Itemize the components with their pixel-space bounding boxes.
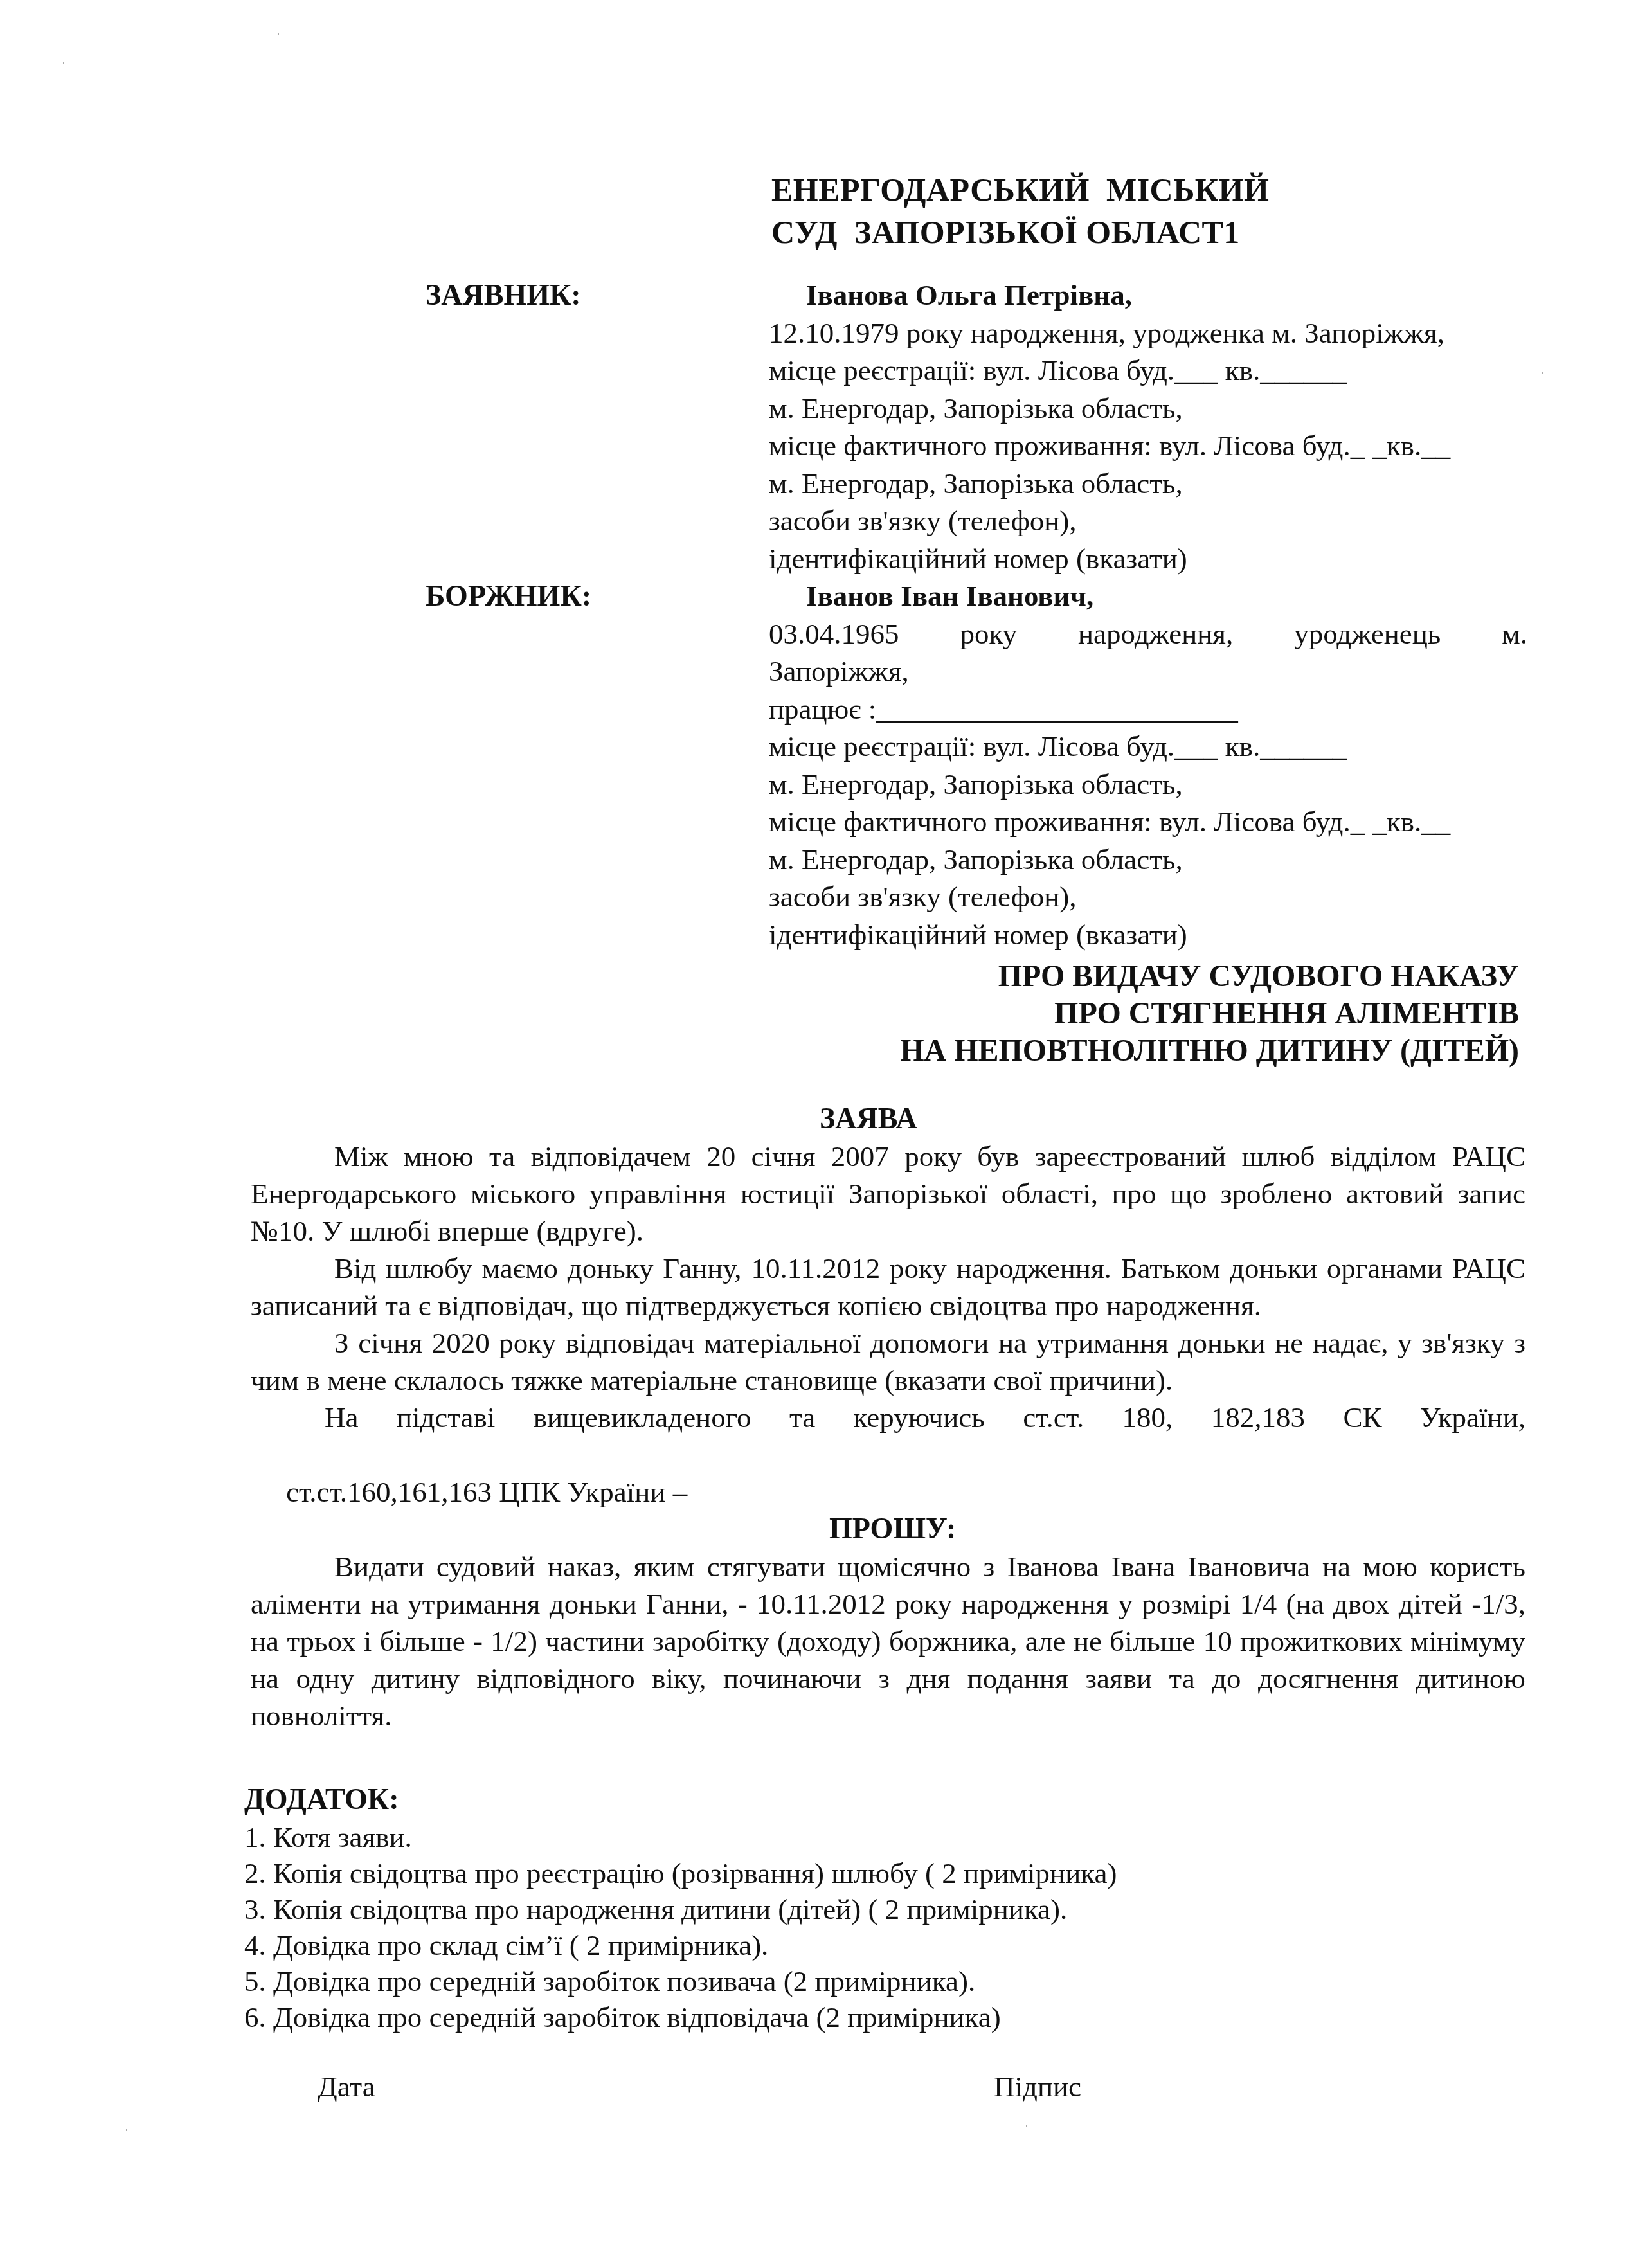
applicant-detail-line: м. Енергодар, Запорізька область, (769, 390, 1527, 428)
legal-basis-line-1: На підставі вищевикладеного та керуючись… (251, 1399, 1525, 1436)
attachment-item: 6. Довідка про середній заробіток відпов… (244, 1999, 1117, 2035)
request-heading: ПРОШУ: (829, 1511, 956, 1547)
statement-heading: ЗАЯВА (820, 1101, 917, 1137)
debtor-detail-line: місце фактичного проживання: вул. Лісова… (769, 803, 1527, 841)
statement-paragraph: Від шлюбу маємо доньку Ганну, 10.11.2012… (251, 1250, 1525, 1324)
debtor-detail-line: ідентифікаційний номер (вказати) (769, 916, 1527, 954)
legal-basis-line-2: ст.ст.160,161,163 ЦПК України – (286, 1473, 687, 1511)
request-paragraph: Видати судовий наказ, яким стягувати щом… (251, 1548, 1525, 1734)
applicant-label: ЗАЯВНИК: (426, 276, 581, 314)
scan-speck (63, 62, 64, 64)
debtor-name: Іванов Іван Іванович, (769, 577, 1527, 615)
debtor-label: БОРЖНИК: (426, 577, 591, 615)
debtor-detail-line: Запоріжжя, (769, 652, 1527, 690)
scan-speck (278, 33, 279, 35)
applicant-details: Іванова Ольга Петрівна, 12.10.1979 року … (769, 276, 1527, 577)
attachment-item: 3. Копія свідоцтва про народження дитини… (244, 1891, 1117, 1927)
statement-paragraph: З січня 2020 року відповідач матеріально… (251, 1324, 1525, 1399)
attachments-heading: ДОДАТОК: (244, 1779, 1117, 1819)
statement-paragraph: Між мною та відповідачем 20 січня 2007 р… (251, 1138, 1525, 1250)
debtor-detail-line: м. Енергодар, Запорізька область, (769, 841, 1527, 879)
request-body: Видати судовий наказ, яким стягувати щом… (251, 1548, 1525, 1734)
applicant-detail-line: ідентифікаційний номер (вказати) (769, 540, 1527, 578)
document-page: ЕНЕРГОДАРСЬКИЙ МІСЬКИЙ СУД ЗАПОРІЗЬКОЇ О… (0, 0, 1627, 2268)
debtor-detail-line: місце реєстрації: вул. Лісова буд.___ кв… (769, 728, 1527, 766)
court-name-line-1: ЕНЕРГОДАРСЬКИЙ МІСЬКИЙ (771, 168, 1269, 211)
applicant-detail-line: засоби зв'язку (телефон), (769, 502, 1527, 540)
applicant-name: Іванова Ольга Петрівна, (769, 276, 1527, 314)
title-line: ПРО ВИДАЧУ СУДОВОГО НАКАЗУ (900, 958, 1519, 995)
attachment-item: 1. Котя заяви. (244, 1819, 1117, 1855)
title-line: НА НЕПОВТНОЛІТНЮ ДИТИНУ (ДІТЕЙ) (900, 1032, 1519, 1070)
signature-label: Підпис (994, 2069, 1081, 2105)
date-label: Дата (318, 2069, 375, 2105)
debtor-detail-line: засоби зв'язку (телефон), (769, 878, 1527, 916)
scan-speck (1026, 2125, 1027, 2127)
statement-body: Між мною та відповідачем 20 січня 2007 р… (251, 1138, 1525, 1436)
debtor-details: Іванов Іван Іванович, 03.04.1965 року на… (769, 577, 1527, 953)
attachment-item: 5. Довідка про середній заробіток позива… (244, 1963, 1117, 1999)
court-header: ЕНЕРГОДАРСЬКИЙ МІСЬКИЙ СУД ЗАПОРІЗЬКОЇ О… (771, 168, 1269, 253)
attachment-item: 4. Довідка про склад сім’ї ( 2 примірник… (244, 1927, 1117, 1963)
scan-speck (1542, 372, 1543, 373)
scan-speck (126, 2129, 127, 2131)
attachment-item: 2. Копія свідоцтва про реєстрацію (розір… (244, 1855, 1117, 1891)
applicant-detail-line: місце фактичного проживання: вул. Лісова… (769, 427, 1527, 465)
document-title: ПРО ВИДАЧУ СУДОВОГО НАКАЗУ ПРО СТЯГНЕННЯ… (900, 958, 1519, 1070)
debtor-employer-line: працює :_________________________ (769, 690, 1527, 728)
debtor-detail-line: м. Енергодар, Запорізька область, (769, 766, 1527, 804)
applicant-detail-line: місце реєстрації: вул. Лісова буд.___ кв… (769, 352, 1527, 390)
attachments-section: ДОДАТОК: 1. Котя заяви. 2. Копія свідоцт… (244, 1779, 1117, 2035)
applicant-detail-line: 12.10.1979 року народження, уродженка м.… (769, 314, 1527, 352)
debtor-birth-line: 03.04.1965 року народження, уродженець м… (769, 615, 1527, 653)
court-name-line-2: СУД ЗАПОРІЗЬКОЇ ОБЛАСТ1 (771, 211, 1269, 253)
applicant-detail-line: м. Енергодар, Запорізька область, (769, 465, 1527, 503)
title-line: ПРО СТЯГНЕННЯ АЛІМЕНТІВ (900, 995, 1519, 1032)
